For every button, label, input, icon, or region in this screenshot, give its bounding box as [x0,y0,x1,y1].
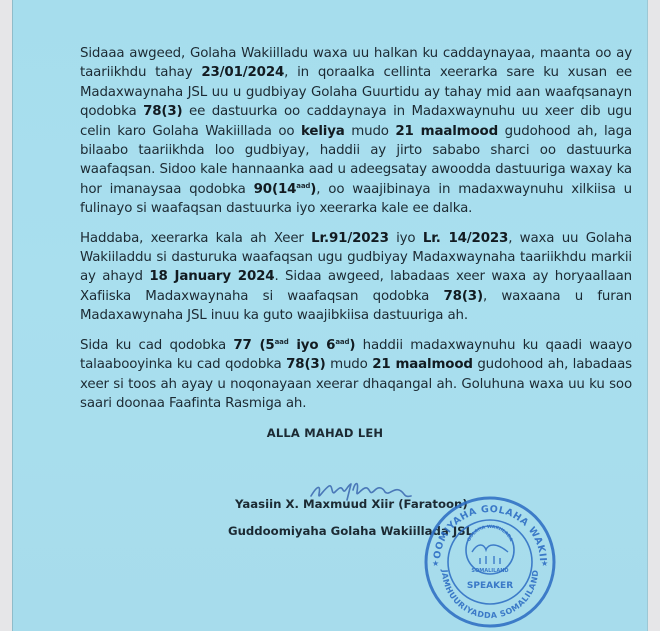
bold-run: 78(3) [143,104,182,119]
document-body: Sidaaa awgeed, Golaha Wakiilladu waxa uu… [80,44,632,423]
bold-run: keliya [301,124,345,139]
bold-run: 90(14 [254,182,297,197]
paragraph-3: Sida ku cad qodobka 77 (5aad iyo 6aad) h… [80,336,632,414]
ordinal-suffix: aad [296,182,310,190]
bold-run: ) [349,338,355,353]
ordinal-suffix: aad [275,338,289,346]
bold-run: 21 maalmood [395,124,498,139]
stamp-center-label: SPEAKER [467,581,513,591]
bold-run: 77 (5 [233,338,274,353]
paragraph-1: Sidaaa awgeed, Golaha Wakiilladu waxa uu… [80,44,632,219]
ordinal-suffix: aad [335,338,349,346]
bold-run: iyo 6 [289,338,336,353]
stamp-star-right-icon: ★ [541,559,548,568]
stamp-inner-bottom-text: SOMALILAND [471,568,508,574]
paragraph-2: Haddaba, xeerarka kala ah Xeer Lr.91/202… [80,229,632,326]
official-stamp-icon: GUDDOOMIYAHA GOLAHA WAKIILADA JAMHUURIYA… [420,492,560,631]
bold-run: 21 maalmood [372,357,473,372]
stamp-inner-top-text: GOLAHA WAKIILADA [466,524,514,543]
closing-text: ALLA MAHAD LEH [267,426,384,440]
bold-run: 23/01/2024 [201,65,284,80]
svg-text:JAMHUURIYADDA SOMALILAND: JAMHUURIYADDA SOMALILAND [440,569,540,621]
stamp-star-left-icon: ★ [432,559,439,568]
bold-run: 78(3) [444,289,483,304]
bold-run: Lr. 14/2023 [423,231,508,246]
closing-line: ALLA MAHAD LEH [0,426,660,440]
bold-run: Lr.91/2023 [311,231,389,246]
bold-run: ) [310,182,316,197]
bold-run: 78(3) [286,357,325,372]
stamp-bottom-text: JAMHUURIYADDA SOMALILAND [440,569,540,621]
bold-run: 18 January 2024 [149,269,274,284]
svg-text:GOLAHA WAKIILADA: GOLAHA WAKIILADA [466,524,514,543]
